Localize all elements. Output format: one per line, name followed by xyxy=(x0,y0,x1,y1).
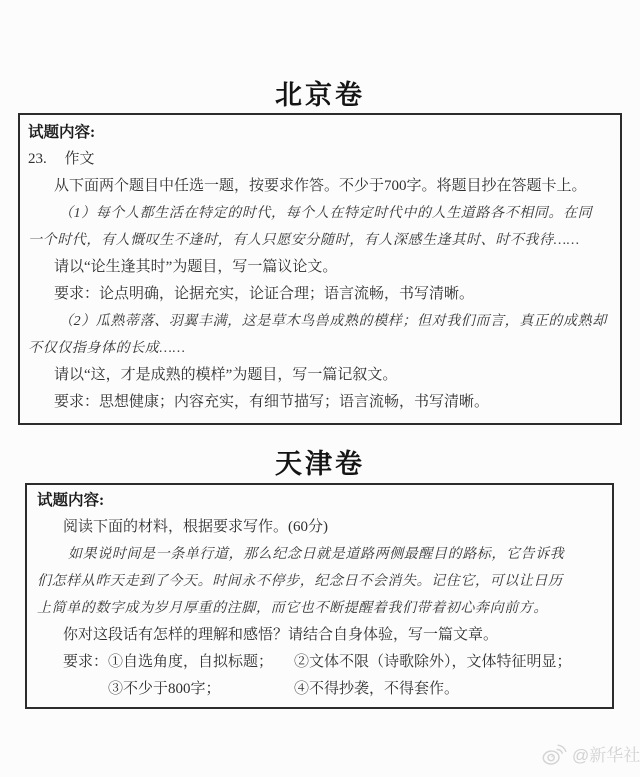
tianjin-intro: 阅读下面的材料，根据要求写作。(60分) xyxy=(37,514,602,541)
beijing-option2-requirements: 要求：思想健康；内容充实，有细节描写；语言流畅，书写清晰。 xyxy=(28,389,612,416)
tianjin-prompt: 你对这段话有怎样的理解和感悟？请结合自身体验，写一篇文章。 xyxy=(37,622,602,649)
requirements-label: 要求： xyxy=(63,649,108,676)
requirement-item-1: ①自选角度，自拟标题； xyxy=(108,649,294,676)
question-number-line: 23. 作文 xyxy=(28,146,612,173)
tianjin-content-header: 试题内容: xyxy=(37,487,602,514)
beijing-option1-requirements: 要求：论点明确，论据充实，论证合理；语言流畅，书写清晰。 xyxy=(28,281,612,308)
weibo-icon xyxy=(540,740,568,767)
tianjin-paper-title: 天津卷 xyxy=(0,449,640,479)
tianjin-material-line1: 如果说时间是一条单行道，那么纪念日就是道路两侧最醒目的路标，它告诉我 xyxy=(37,541,602,568)
tianjin-question-box: 试题内容: 阅读下面的材料，根据要求写作。(60分) 如果说时间是一条单行道，那… xyxy=(25,483,614,709)
requirement-item-4: ④不得抄袭，不得套作。 xyxy=(294,676,602,703)
beijing-option1-task: 请以“论生逢其时”为题目，写一篇议论文。 xyxy=(28,254,612,281)
tianjin-requirements-grid: 要求： ①自选角度，自拟标题； ②文体不限（诗歌除外），文体特征明显； ③不少于… xyxy=(37,649,602,703)
requirement-item-3: ③不少于800字； xyxy=(108,676,294,703)
beijing-option1-body-line2: 一个时代，有人慨叹生不逢时，有人只愿安分随时，有人深感生逢其时、时不我待…… xyxy=(28,227,612,254)
beijing-option1-body-line1: （1）每个人都生活在特定的时代，每个人在特定时代中的人生道路各不相同。在同 xyxy=(28,200,612,227)
beijing-question-box: 试题内容: 23. 作文 从下面两个题目中任选一题，按要求作答。不少于700字。… xyxy=(18,113,622,425)
beijing-paper-title: 北京卷 xyxy=(0,80,640,110)
document-page: 北京卷 试题内容: 23. 作文 从下面两个题目中任选一题，按要求作答。不少于7… xyxy=(0,0,640,777)
tianjin-material-line3: 上简单的数字成为岁月厚重的注脚，而它也不断提醒着我们带着初心奔向前方。 xyxy=(37,595,602,622)
watermark-handle: @新华社 xyxy=(572,741,640,766)
question-type: 作文 xyxy=(65,146,95,173)
beijing-option2-body-line2: 不仅仅指身体的长成…… xyxy=(28,335,612,362)
tianjin-material-line2: 们怎样从昨天走到了今天。时间永不停步，纪念日不会消失。记住它，可以让日历 xyxy=(37,568,602,595)
beijing-content-header: 试题内容: xyxy=(28,119,612,146)
question-number: 23. xyxy=(28,146,47,173)
beijing-option2-body-line1: （2）瓜熟蒂落、羽翼丰满，这是草木鸟兽成熟的模样；但对我们而言，真正的成熟却 xyxy=(28,308,612,335)
beijing-intro: 从下面两个题目中任选一题，按要求作答。不少于700字。将题目抄在答题卡上。 xyxy=(28,173,612,200)
requirement-item-2: ②文体不限（诗歌除外），文体特征明显； xyxy=(294,649,602,676)
watermark: @新华社 xyxy=(541,741,640,766)
beijing-option2-task: 请以“这，才是成熟的模样”为题目，写一篇记叙文。 xyxy=(28,362,612,389)
